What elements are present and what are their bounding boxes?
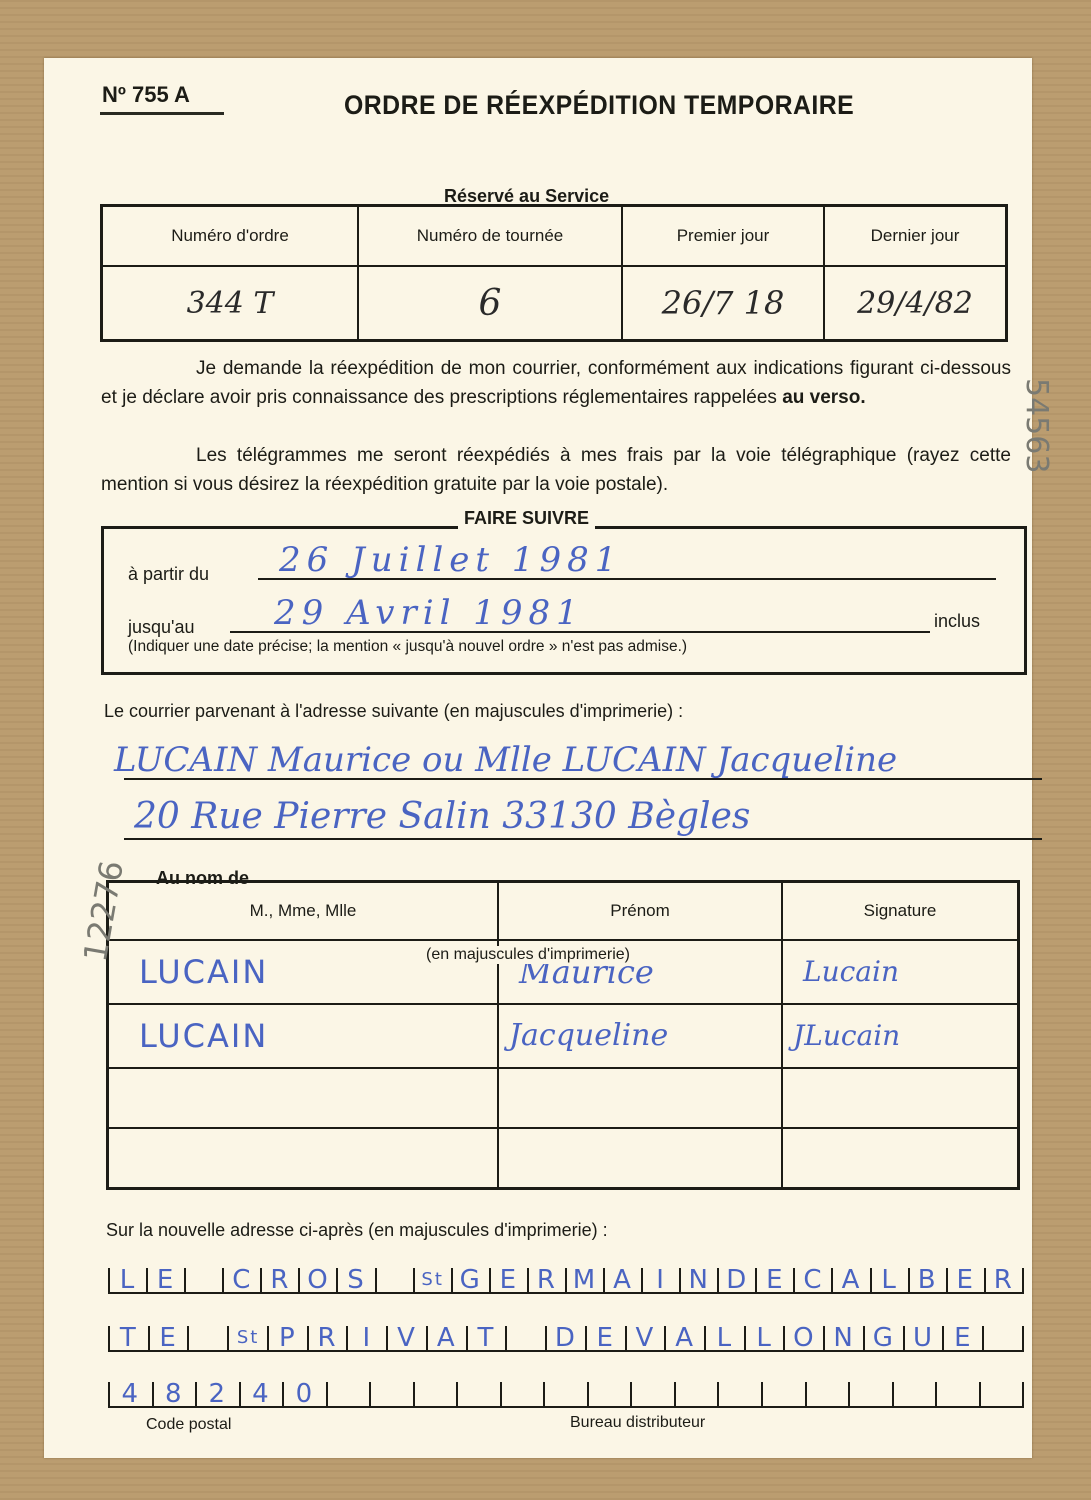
to-date-value[interactable]: 29 Avril 1981 <box>274 593 584 633</box>
letter-cell[interactable] <box>369 1382 413 1406</box>
header-numero-ordre: Numéro d'ordre <box>102 206 359 267</box>
letter-cell[interactable] <box>892 1382 936 1406</box>
letter-cell[interactable] <box>717 1382 761 1406</box>
letter-cell[interactable]: R <box>527 1268 565 1292</box>
faire-suivre-label: FAIRE SUIVRE <box>458 508 595 529</box>
letter-cell[interactable]: E <box>489 1268 527 1292</box>
new-address-line-3-postal[interactable]: 48240 <box>108 1382 1024 1408</box>
row3-signature[interactable] <box>782 1068 1019 1128</box>
letter-cell[interactable] <box>326 1382 370 1406</box>
letter-cell[interactable] <box>543 1382 587 1406</box>
form-number: Nº 755 A <box>102 82 190 108</box>
declaration-paragraph-1: Je demande la réexpédition de mon courri… <box>101 354 1011 412</box>
letter-cell[interactable]: A <box>664 1326 704 1350</box>
letter-cell[interactable] <box>979 1382 1025 1406</box>
row2-nom[interactable]: LUCAIN <box>108 1004 499 1068</box>
letter-cell[interactable]: E <box>946 1268 984 1292</box>
letter-cell[interactable]: E <box>585 1326 625 1350</box>
letter-cell[interactable]: I <box>641 1268 679 1292</box>
letter-cell[interactable]: L <box>744 1326 784 1350</box>
letter-cell[interactable]: A <box>603 1268 641 1292</box>
form-number-underline <box>100 112 224 115</box>
letter-cell[interactable]: G <box>451 1268 489 1292</box>
letter-cell[interactable]: 8 <box>152 1382 196 1406</box>
letter-cell[interactable]: G <box>863 1326 903 1350</box>
header-civilite: M., Mme, Mlle <box>108 882 499 940</box>
letter-cell[interactable]: R <box>984 1268 1024 1292</box>
bureau-distributeur-label: Bureau distributeur <box>570 1414 705 1432</box>
letter-cell[interactable]: T <box>108 1326 148 1350</box>
letter-cell[interactable]: 4 <box>239 1382 283 1406</box>
letter-cell[interactable]: U <box>903 1326 943 1350</box>
letter-cell[interactable]: T <box>466 1326 506 1350</box>
current-address-label: Le courrier parvenant à l'adresse suivan… <box>104 701 683 722</box>
value-dernier-jour[interactable]: 29/4/82 <box>824 266 1007 341</box>
current-address-line-1[interactable]: LUCAIN Maurice ou Mlle LUCAIN Jacqueline <box>114 740 897 780</box>
from-date-value[interactable]: 26 Juillet 1981 <box>279 540 622 580</box>
new-address-label: Sur la nouvelle adresse ci-après (en maj… <box>106 1220 608 1241</box>
letter-cell[interactable] <box>935 1382 979 1406</box>
letter-cell[interactable]: S <box>336 1268 374 1292</box>
row1-signature[interactable]: Lucain <box>782 940 1019 1004</box>
letter-cell[interactable]: 0 <box>282 1382 326 1406</box>
letter-cell[interactable] <box>674 1382 718 1406</box>
form-title: ORDRE DE RÉEXPÉDITION TEMPORAIRE <box>344 90 854 121</box>
current-address-line-1-rule <box>124 778 1042 780</box>
letter-cell[interactable] <box>184 1268 222 1292</box>
letter-cell[interactable] <box>456 1382 500 1406</box>
letter-cell[interactable]: D <box>545 1326 585 1350</box>
letter-cell[interactable] <box>505 1326 545 1350</box>
new-address-line-1[interactable]: LECROSStGERMAINDECALBER <box>108 1268 1024 1294</box>
row3-nom[interactable] <box>108 1068 499 1128</box>
header-numero-tournee: Numéro de tournée <box>358 206 622 267</box>
letter-cell[interactable]: C <box>222 1268 260 1292</box>
letter-cell[interactable]: E <box>942 1326 982 1350</box>
current-address-line-2[interactable]: 20 Rue Pierre Salin 33130 Bègles <box>134 796 750 837</box>
letter-cell[interactable] <box>761 1382 805 1406</box>
letter-cell[interactable] <box>375 1268 413 1292</box>
inclus-label: inclus <box>934 611 980 632</box>
letter-cell[interactable] <box>805 1382 849 1406</box>
letter-cell[interactable] <box>587 1382 631 1406</box>
letter-cell[interactable]: St <box>227 1326 267 1350</box>
letter-cell[interactable]: E <box>755 1268 793 1292</box>
letter-cell[interactable]: A <box>831 1268 869 1292</box>
letter-cell[interactable]: O <box>783 1326 823 1350</box>
pencil-note-right: 54563 <box>1019 378 1054 473</box>
declaration-paragraph-2: Les télégrammes me seront réexpédiés à m… <box>101 441 1011 499</box>
from-label: à partir du <box>128 564 209 585</box>
code-postal-label: Code postal <box>146 1416 231 1434</box>
value-numero-ordre[interactable]: 344 T <box>102 266 359 341</box>
header-signature: Signature <box>782 882 1019 940</box>
header-dernier-jour: Dernier jour <box>824 206 1007 267</box>
form-card: Nº 755 A ORDRE DE RÉEXPÉDITION TEMPORAIR… <box>44 58 1032 1458</box>
letter-cell[interactable]: V <box>625 1326 665 1350</box>
letter-cell[interactable]: B <box>908 1268 946 1292</box>
letter-cell[interactable]: N <box>823 1326 863 1350</box>
letter-cell[interactable] <box>848 1382 892 1406</box>
to-label: jusqu'au <box>128 617 195 638</box>
row3-prenom[interactable] <box>498 1068 782 1128</box>
value-premier-jour[interactable]: 26/7 18 <box>622 266 824 341</box>
letter-cell[interactable]: R <box>307 1326 347 1350</box>
letter-cell[interactable] <box>982 1326 1024 1350</box>
letter-cell[interactable]: E <box>146 1268 184 1292</box>
value-numero-tournee[interactable]: 6 <box>358 266 622 341</box>
letter-cell[interactable]: 2 <box>195 1382 239 1406</box>
row4-prenom[interactable] <box>498 1128 782 1188</box>
letter-cell[interactable]: O <box>298 1268 336 1292</box>
letter-cell[interactable]: 4 <box>108 1382 152 1406</box>
letter-cell[interactable]: V <box>386 1326 426 1350</box>
letter-cell[interactable]: L <box>108 1268 146 1292</box>
letter-cell[interactable]: L <box>870 1268 908 1292</box>
letter-cell[interactable] <box>413 1382 457 1406</box>
letter-cell[interactable]: N <box>679 1268 717 1292</box>
new-address-line-2[interactable]: TEStPRIVATDEVALLONGUE <box>108 1326 1024 1352</box>
letter-cell[interactable]: L <box>704 1326 744 1350</box>
header-prenom: Prénom <box>498 882 782 940</box>
letter-cell[interactable]: P <box>267 1326 307 1350</box>
letter-cell[interactable]: I <box>346 1326 386 1350</box>
row2-prenom[interactable]: Jacqueline <box>498 1004 782 1068</box>
letter-cell[interactable]: M <box>565 1268 603 1292</box>
row4-signature[interactable] <box>782 1128 1019 1188</box>
letter-cell[interactable]: St <box>413 1268 451 1292</box>
au-nom-de-hint: (en majuscules d'imprimerie) <box>424 946 632 964</box>
letter-cell[interactable]: A <box>426 1326 466 1350</box>
service-table: Numéro d'ordre Numéro de tournée Premier… <box>100 204 1008 342</box>
header-premier-jour: Premier jour <box>622 206 824 267</box>
letter-cell[interactable] <box>187 1326 227 1350</box>
date-note: (Indiquer une date précise; la mention «… <box>128 638 687 656</box>
row2-signature[interactable]: JLucain <box>782 1004 1019 1068</box>
letter-cell[interactable] <box>500 1382 544 1406</box>
au-nom-de-table: M., Mme, Mlle Prénom Signature LUCAINMau… <box>106 880 1020 1190</box>
current-address-line-2-rule <box>124 838 1042 840</box>
row4-nom[interactable] <box>108 1128 499 1188</box>
letter-cell[interactable]: R <box>260 1268 298 1292</box>
letter-cell[interactable]: C <box>793 1268 831 1292</box>
letter-cell[interactable] <box>630 1382 674 1406</box>
letter-cell[interactable]: E <box>148 1326 188 1350</box>
letter-cell[interactable]: D <box>717 1268 755 1292</box>
